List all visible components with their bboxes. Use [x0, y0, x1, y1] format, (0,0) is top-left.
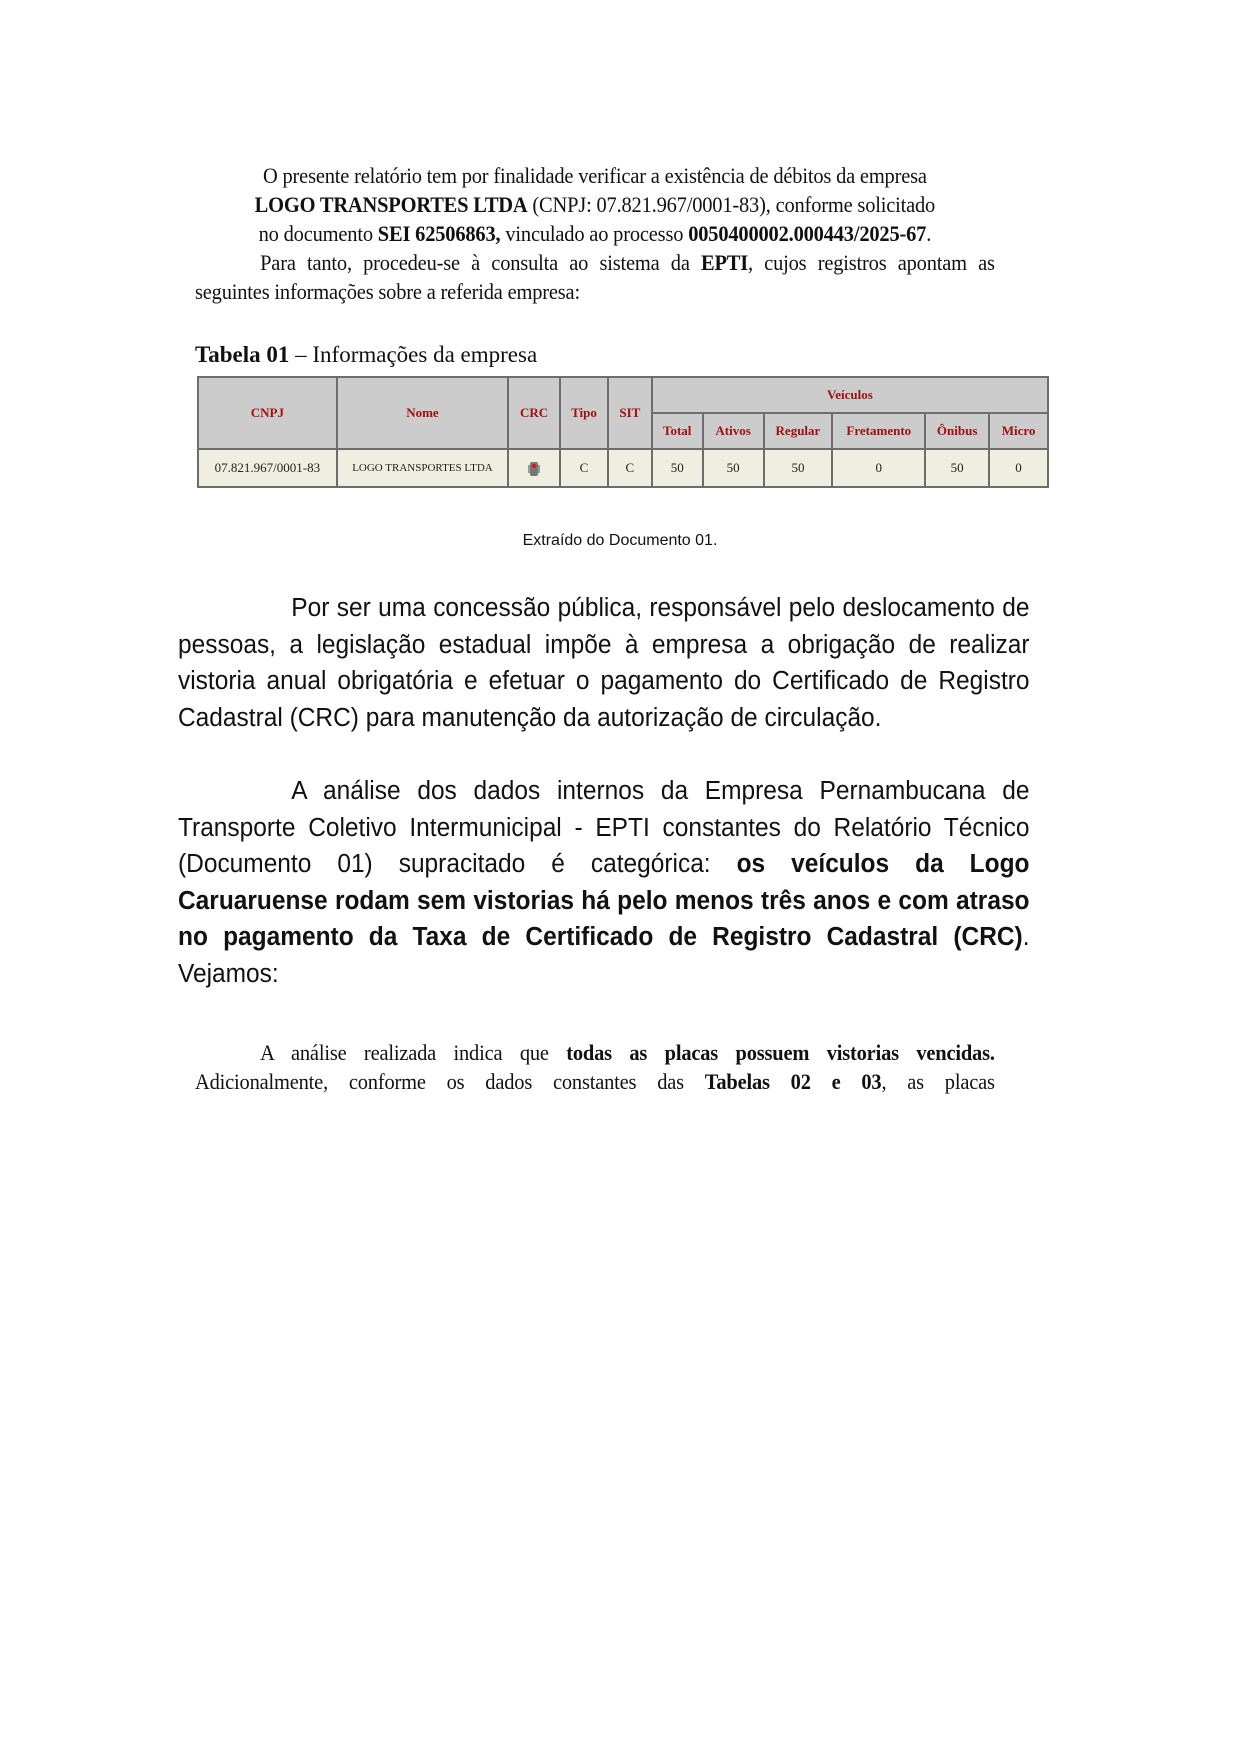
cell-micro: 0 [989, 449, 1048, 487]
header-micro: Micro [989, 413, 1048, 449]
header-onibus: Ônibus [925, 413, 989, 449]
header-regular: Regular [764, 413, 833, 449]
cell-total: 50 [652, 449, 703, 487]
header-veiculos: Veículos [652, 377, 1048, 413]
header-cnpj: CNPJ [198, 377, 337, 449]
cell-sit: C [608, 449, 652, 487]
intro-line-1: O presente relatório tem por finalidade … [195, 161, 995, 190]
cell-regular: 50 [764, 449, 833, 487]
cell-onibus: 50 [925, 449, 989, 487]
header-tipo: Tipo [560, 377, 608, 449]
company-name: LOGO TRANSPORTES LTDA [255, 192, 528, 217]
header-sit: SIT [608, 377, 652, 449]
table-row: 07.821.967/0001-83 LOGO TRANSPORTES LTDA… [198, 449, 1048, 487]
cell-nome: LOGO TRANSPORTES LTDA [337, 449, 508, 487]
intro-excerpt: O presente relatório tem por finalidade … [195, 161, 995, 306]
table-title: Tabela 01 – Informações da empresa [195, 342, 537, 368]
cell-fretamento: 0 [832, 449, 925, 487]
header-total: Total [652, 413, 703, 449]
intro-line-2: LOGO TRANSPORTES LTDA (CNPJ: 07.821.967/… [195, 190, 995, 219]
header-ativos: Ativos [703, 413, 764, 449]
header-fretamento: Fretamento [832, 413, 925, 449]
paragraph-concession: Por ser uma concessão pública, responsáv… [178, 590, 1030, 736]
traffic-light-red-icon [530, 462, 538, 476]
cell-ativos: 50 [703, 449, 764, 487]
cell-crc [508, 449, 560, 487]
outro-line-2: Adicionalmente, conforme os dados consta… [195, 1067, 995, 1096]
process-number: 0050400002.000443/2025-67 [688, 221, 926, 246]
cell-cnpj: 07.821.967/0001-83 [198, 449, 337, 487]
cell-tipo: C [560, 449, 608, 487]
header-crc: CRC [508, 377, 560, 449]
company-info-table: CNPJ Nome CRC Tipo SIT Veículos Total At… [197, 376, 1049, 488]
paragraph-analysis: A análise dos dados internos da Empresa … [178, 773, 1030, 992]
sei-number: SEI 62506863, [378, 221, 501, 246]
outro-line-1: A análise realizada indica que todas as … [195, 1038, 995, 1067]
header-nome: Nome [337, 377, 508, 449]
intro-line-3: no documento SEI 62506863, vinculado ao … [195, 219, 995, 248]
intro-paragraph-2: Para tanto, procedeu-se à consulta ao si… [195, 248, 995, 306]
outro-excerpt: A análise realizada indica que todas as … [195, 1038, 995, 1096]
table-caption: Extraído do Documento 01. [0, 532, 1240, 550]
